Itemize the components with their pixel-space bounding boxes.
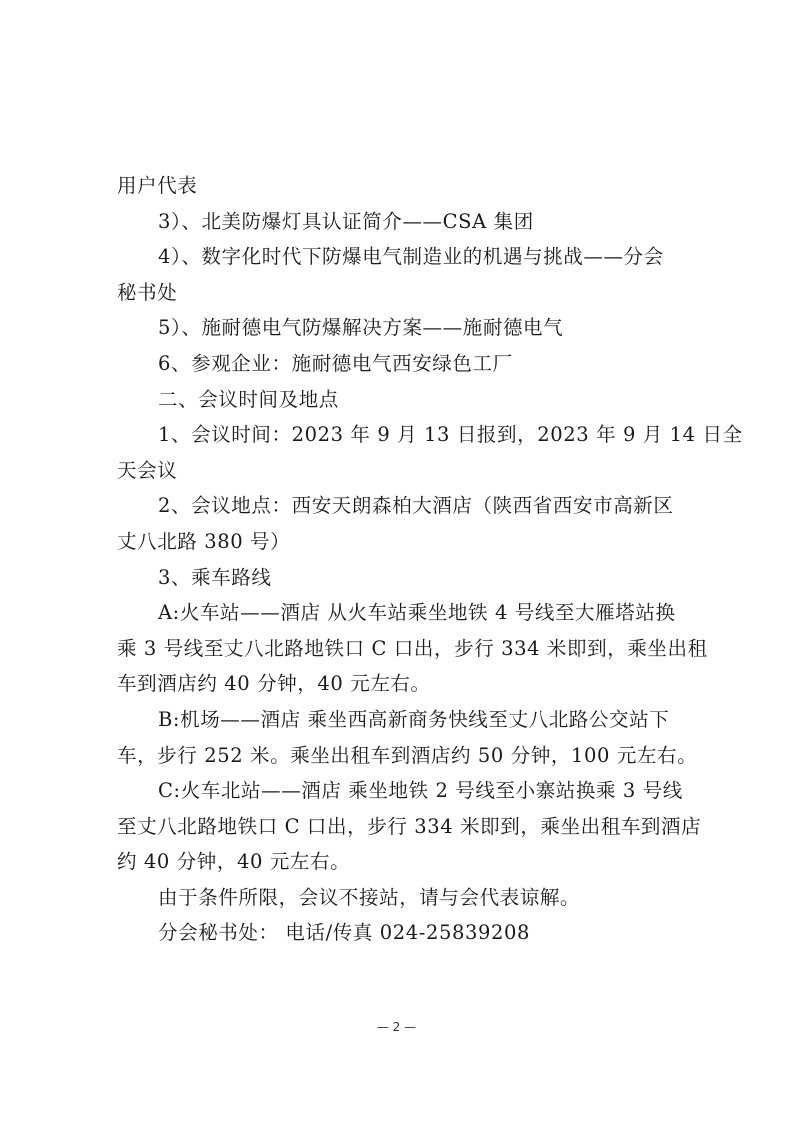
meeting-time: 1、会议时间：2023 年 9 月 13 日报到，2023 年 9 月 14 日…: [117, 417, 683, 453]
text-line: 约 40 分钟，40 元左右。: [117, 844, 683, 880]
notice: 由于条件所限，会议不接站，请与会代表谅解。: [117, 880, 683, 916]
agenda-item-4: 4）、数字化时代下防爆电气制造业的机遇与挑战——分会: [117, 239, 683, 275]
route-heading: 3、乘车路线: [117, 560, 683, 596]
text-line: 丈八北路 380 号）: [117, 524, 683, 560]
route-b: B:机场——酒店 乘坐西高新商务快线至丈八北路公交站下: [117, 702, 683, 738]
route-c: C:火车北站——酒店 乘坐地铁 2 号线至小寨站换乘 3 号线: [117, 773, 683, 809]
agenda-item-5: 5）、施耐德电气防爆解决方案——施耐德电气: [117, 310, 683, 346]
text-line: 天会议: [117, 453, 683, 489]
document-body: 用户代表 3）、北美防爆灯具认证简介——CSA 集团 4）、数字化时代下防爆电气…: [117, 168, 683, 951]
text-line: 用户代表: [117, 168, 683, 204]
text-line: 至丈八北路地铁口 C 口出，步行 334 米即到，乘坐出租车到酒店: [117, 809, 683, 845]
section-heading-time-location: 二、会议时间及地点: [117, 382, 683, 418]
text-line: 秘书处: [117, 275, 683, 311]
meeting-location: 2、会议地点：西安天朗森柏大酒店（陕西省西安市高新区: [117, 488, 683, 524]
agenda-item-3: 3）、北美防爆灯具认证简介——CSA 集团: [117, 204, 683, 240]
text-line: 车，步行 252 米。乘坐出租车到酒店约 50 分钟，100 元左右。: [117, 738, 683, 774]
page-number: — 2 —: [0, 1020, 793, 1034]
agenda-item-6: 6、参观企业：施耐德电气西安绿色工厂: [117, 346, 683, 382]
route-a: A:火车站——酒店 从火车站乘坐地铁 4 号线至大雁塔站换: [117, 595, 683, 631]
contact-info: 分会秘书处： 电话/传真 024-25839208: [117, 915, 683, 951]
text-line: 乘 3 号线至丈八北路地铁口 C 口出，步行 334 米即到，乘坐出租: [117, 631, 683, 667]
text-line: 车到酒店约 40 分钟，40 元左右。: [117, 666, 683, 702]
